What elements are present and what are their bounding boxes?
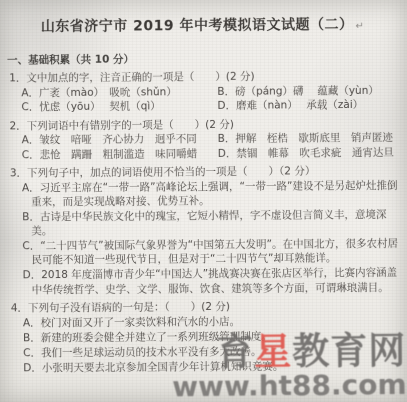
q2-option-d: D．禁锢 帷幕 吹毛求疵 通宵达旦 (218, 145, 394, 161)
q1-option-a: A．广袤（mào） 吸吮（shǔn） (21, 84, 217, 100)
watermark-url: www.ht88.com (172, 371, 407, 401)
q3-option-b: B．古诗是中华民族文化中的瑰宝，它短小精悍，字不虚设但言简义丰，意境深美。 (22, 207, 401, 239)
section-heading: 一、基础积累（共 10 分） (7, 50, 406, 68)
watermark-logo-part2: 教育网 (292, 329, 406, 373)
question-1-options-cd: C．忧虑（yōu） 契机（qì） D．磨难（nàn） 承载（zài） (21, 98, 406, 115)
q1-option-d: D．磨难（nàn） 承载（zài） (217, 98, 363, 114)
title-row: 山东省济宁市 2019 年中考模拟语文试题（二）↵ (0, 14, 406, 37)
watermark: 育星教育网 www.ht88.com (171, 332, 406, 401)
page-content: 山东省济宁市 2019 年中考模拟语文试题（二）↵ 一、基础积累（共 10 分）… (0, 0, 407, 377)
q1-option-b: B．磅（páng）礴 蕴藏（yùn） (217, 83, 379, 99)
watermark-logo: 育星教育网 (171, 332, 406, 371)
watermark-logo-part1: 育 (216, 330, 254, 373)
q3-option-d: D．2018 年度淄博市青少年“中国达人”挑战赛决赛在张店区举行，比赛内容涵盖中… (23, 266, 402, 298)
q2-option-c: C．悲怆 蹒跚 粗制滥造 味同嚼蜡 (22, 146, 218, 162)
q3-option-c: C．“二十四节气”被国际气象界誉为“中国第五大发明”。在中国北方，很多农村居民可… (22, 236, 401, 268)
q2-option-b: B．押解 桎梏 歇斯底里 销声匿迹 (218, 131, 393, 147)
scanned-exam-page: 山东省济宁市 2019 年中考模拟语文试题（二）↵ 一、基础积累（共 10 分）… (0, 0, 407, 402)
return-mark: ↵ (355, 21, 363, 32)
q3-option-a: A．习近平主席在“一带一路”高峰论坛上强调，“一带一路”建设不是另起炉灶推倒重来… (22, 178, 401, 210)
question-2-options-cd: C．悲怆 蹒跚 粗制滥造 味同嚼蜡 D．禁锢 帷幕 吹毛求疵 通宵达旦 (22, 145, 407, 162)
q2-option-a: A．皱纹 喑哑 齐心协力 迥乎不同 (22, 132, 218, 148)
watermark-logo-red-char: 星 (254, 330, 292, 373)
q1-option-c: C．忧虑（yōu） 契机（qì） (21, 99, 217, 115)
page-title: 山东省济宁市 2019 年中考模拟语文试题（二） (41, 17, 354, 35)
